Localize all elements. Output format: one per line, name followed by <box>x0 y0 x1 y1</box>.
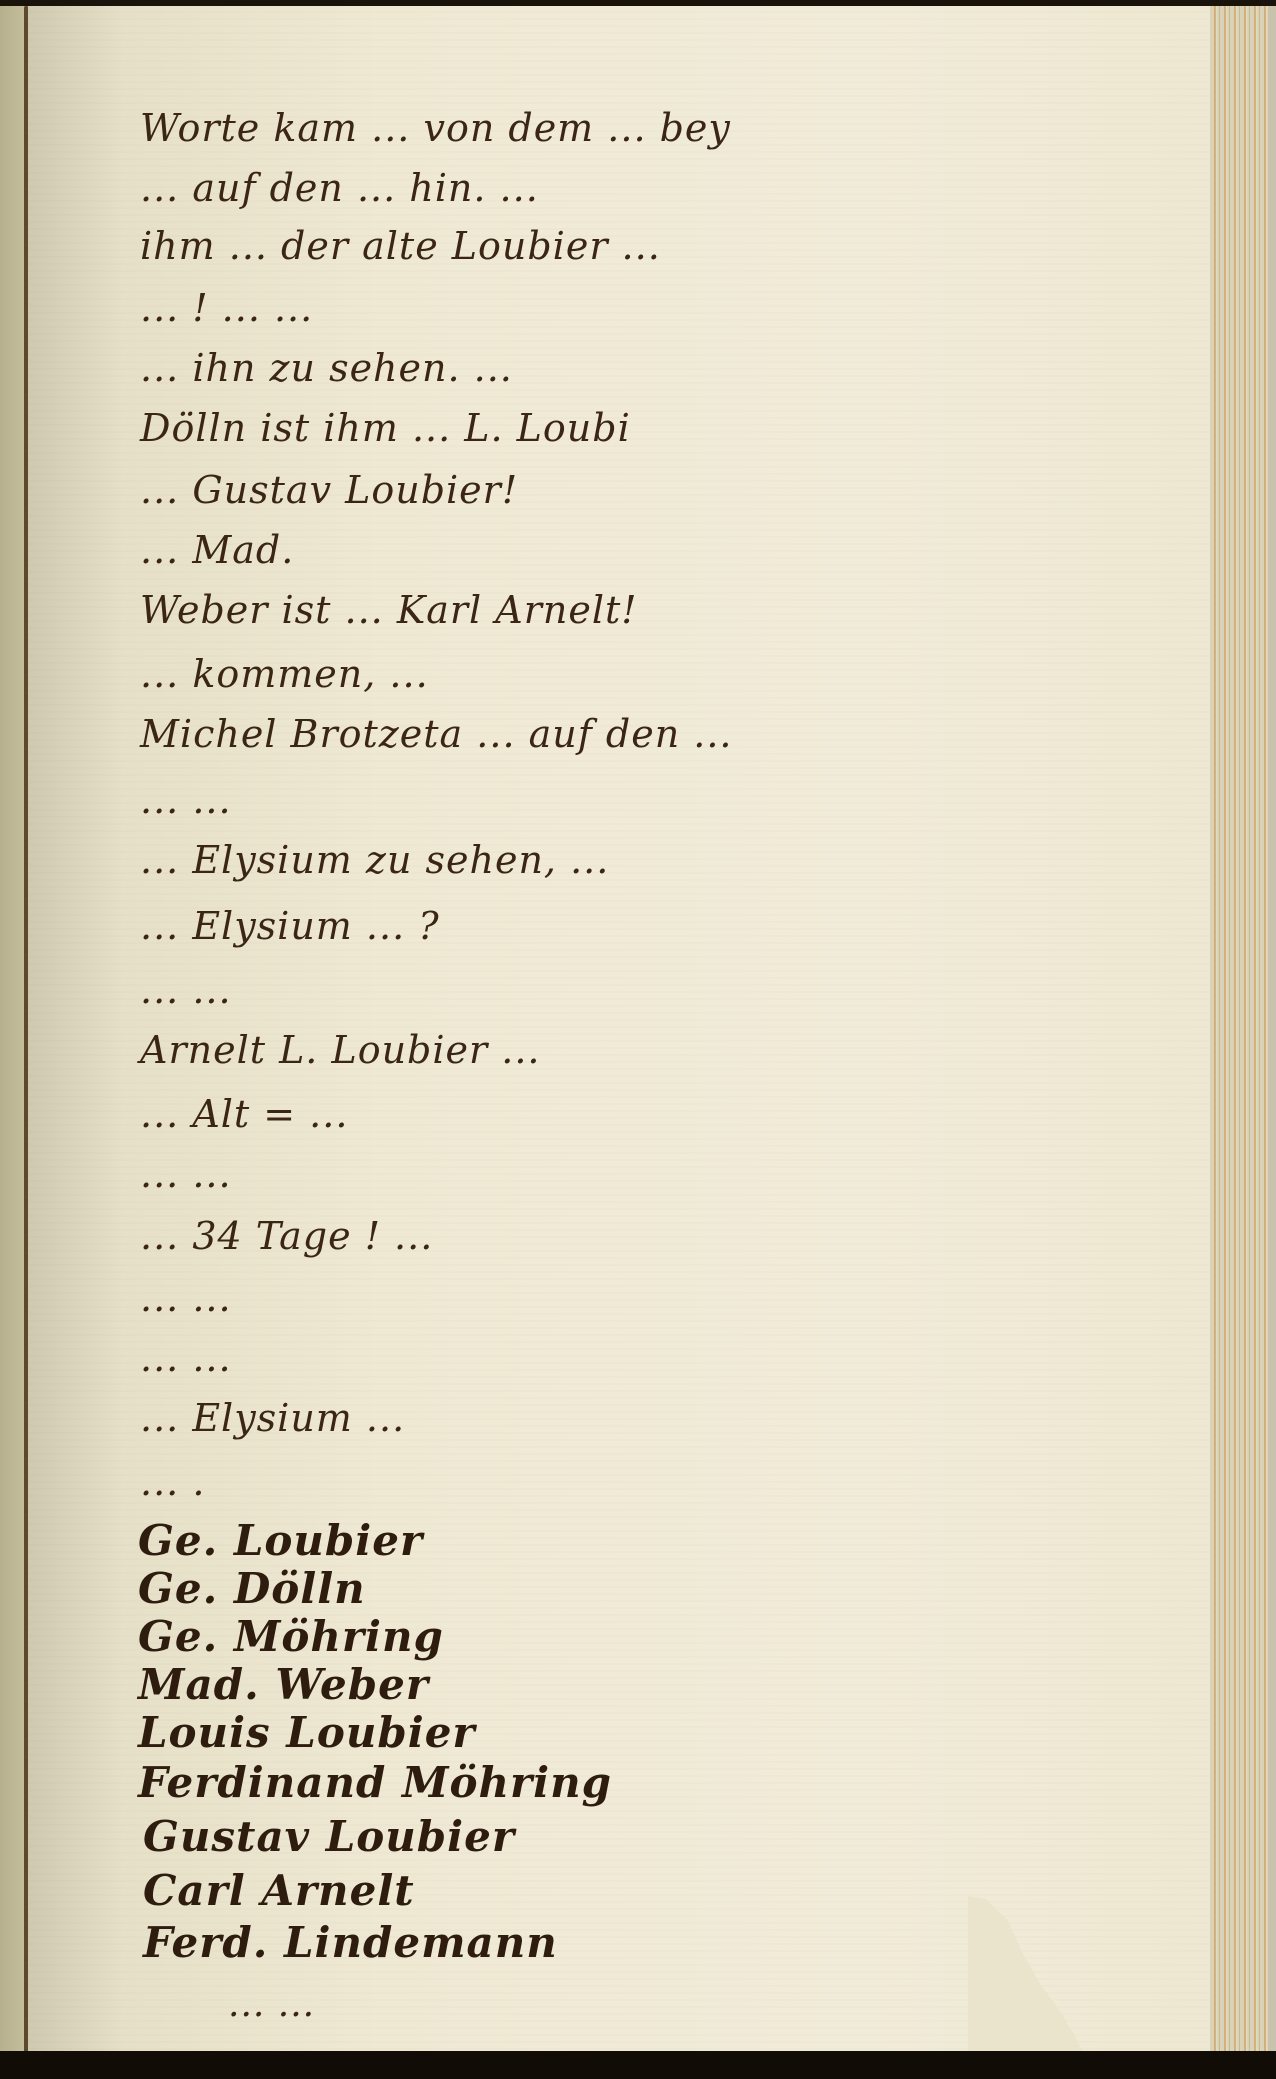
manuscript-page: Worte kam ... von dem ... bey ... auf de… <box>28 6 1218 2051</box>
signature-name: Mad. Weber <box>138 1660 429 1709</box>
text-line: Dölln ist ihm ... L. Loubi <box>140 406 631 450</box>
text-line: ... ... <box>140 1152 232 1196</box>
text-line: Michel Brotzeta ... auf den ... <box>140 712 732 756</box>
bottom-shadow-edge <box>0 2051 1276 2079</box>
text-line: ... Alt = ... <box>140 1092 348 1136</box>
text-line: ... Elysium ... ? <box>140 904 440 948</box>
text-line: ... Mad. <box>140 528 294 572</box>
text-line: Worte kam ... von dem ... bey <box>140 106 731 150</box>
text-line: ... 34 Tage ! ... <box>140 1214 433 1258</box>
text-line: ... kommen, ... <box>140 652 429 696</box>
book-gutter <box>24 6 28 2056</box>
page-stack-edge <box>1210 6 1268 2056</box>
manuscript-scan: Worte kam ... von dem ... bey ... auf de… <box>0 0 1276 2079</box>
text-line: ... ihn zu sehen. ... <box>140 346 513 390</box>
text-line: Weber ist ... Karl Arnelt! <box>140 588 638 632</box>
text-line: Arnelt L. Loubier ... <box>140 1028 541 1072</box>
text-line: ... ... <box>140 1336 232 1380</box>
signature-name: Ge. Loubier <box>138 1516 423 1565</box>
signature-name: Ge. Möhring <box>138 1612 444 1661</box>
background-surface <box>1268 6 1276 2056</box>
text-line: ihm ... der alte Loubier ... <box>140 224 661 268</box>
signature-name: Carl Arnelt <box>143 1866 415 1915</box>
text-line: ... auf den ... hin. ... <box>140 166 539 210</box>
signature-name: Ge. Dölln <box>138 1564 366 1613</box>
text-line: ... Gustav Loubier! <box>140 468 518 512</box>
text-line: ... ... <box>140 1276 232 1320</box>
signature-name: Gustav Loubier <box>143 1812 515 1861</box>
text-line: ... . <box>140 1460 205 1504</box>
closing-line: ... ... <box>228 1984 315 2025</box>
signature-name: Louis Loubier <box>138 1708 476 1757</box>
text-line: ... Elysium zu sehen, ... <box>140 838 609 882</box>
torn-corner <box>968 1896 1148 2056</box>
text-line: ... ... <box>140 968 232 1012</box>
text-line: ... ... <box>140 778 232 822</box>
text-line: ... Elysium ... <box>140 1396 405 1440</box>
text-line: ... ! ... ... <box>140 286 313 330</box>
signature-name: Ferd. Lindemann <box>143 1918 558 1967</box>
signature-name: Ferdinand Möhring <box>138 1758 612 1807</box>
